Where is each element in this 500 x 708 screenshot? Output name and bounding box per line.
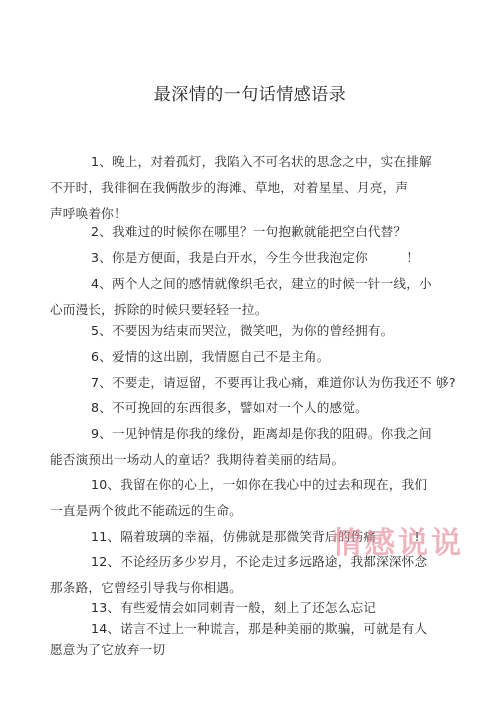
quote-line: 5、不要因为结束而哭泣，微笑吧，为你的曾经拥有。 [91,320,393,339]
quote-line: 14、诺言不过上一种谎言，那是种美丽的欺骗，可就是有人 [91,618,427,637]
quote-line: 10、我留在你的心上，一如你在我心中的过去和现在，我们 [91,474,427,493]
quote-line: 愿意为了它放弃一切 [50,639,165,658]
quote-line: 7、不要走，请逗留，不要再让我心痛，难道你认为伤我还不 够? [91,372,456,391]
quote-line: 1、晚上，对着孤灯，我陷入不可名状的思念之中，实在排解 [91,151,432,170]
quote-line: 一直是两个彼此不能疏远的生命。 [50,500,242,519]
quote-line: 声呼唤着你！ [50,203,127,222]
quote-line: 6、爱情的这出剧，我情愿自己不是主角。 [91,346,330,365]
quote-line: 8、不可挽回的东西很多，譬如对一个人的感觉。 [91,397,368,416]
quote-line: 能否演预出一场动人的童话？我期待着美丽的结局。 [50,449,344,468]
quote-line: 心而漫长，拆除的时候只要轻轻一拉。 [50,299,268,318]
quote-line: 2、我难过的时候你在哪里？一句抱歉就能把空白代替？ [91,221,406,240]
quote-line: 那条路，它曾经引导我与你相遇。 [50,577,242,596]
quote-line: 不开时，我徘徊在我俩散步的海滩、草地，对着星星、月亮，声 [50,177,408,196]
watermark: 情感说说 [332,518,464,562]
quote-line: 13、有些爱情会如同刺青一般，刻上了还怎么忘记 [91,597,376,616]
page-title: 最深情的一句话情感语录 [0,80,500,105]
quote-line: 4、两个人之间的感情就像织毛衣，建立的时候一针一线，小 [91,273,432,292]
quote-line: 3、你是方便面，我是白开水，今生今世我泡定你 ！ [91,247,419,266]
quote-line: 9、一见钟情是你我的缘份，距离却是你我的阻碍。你我之间 [91,423,432,442]
